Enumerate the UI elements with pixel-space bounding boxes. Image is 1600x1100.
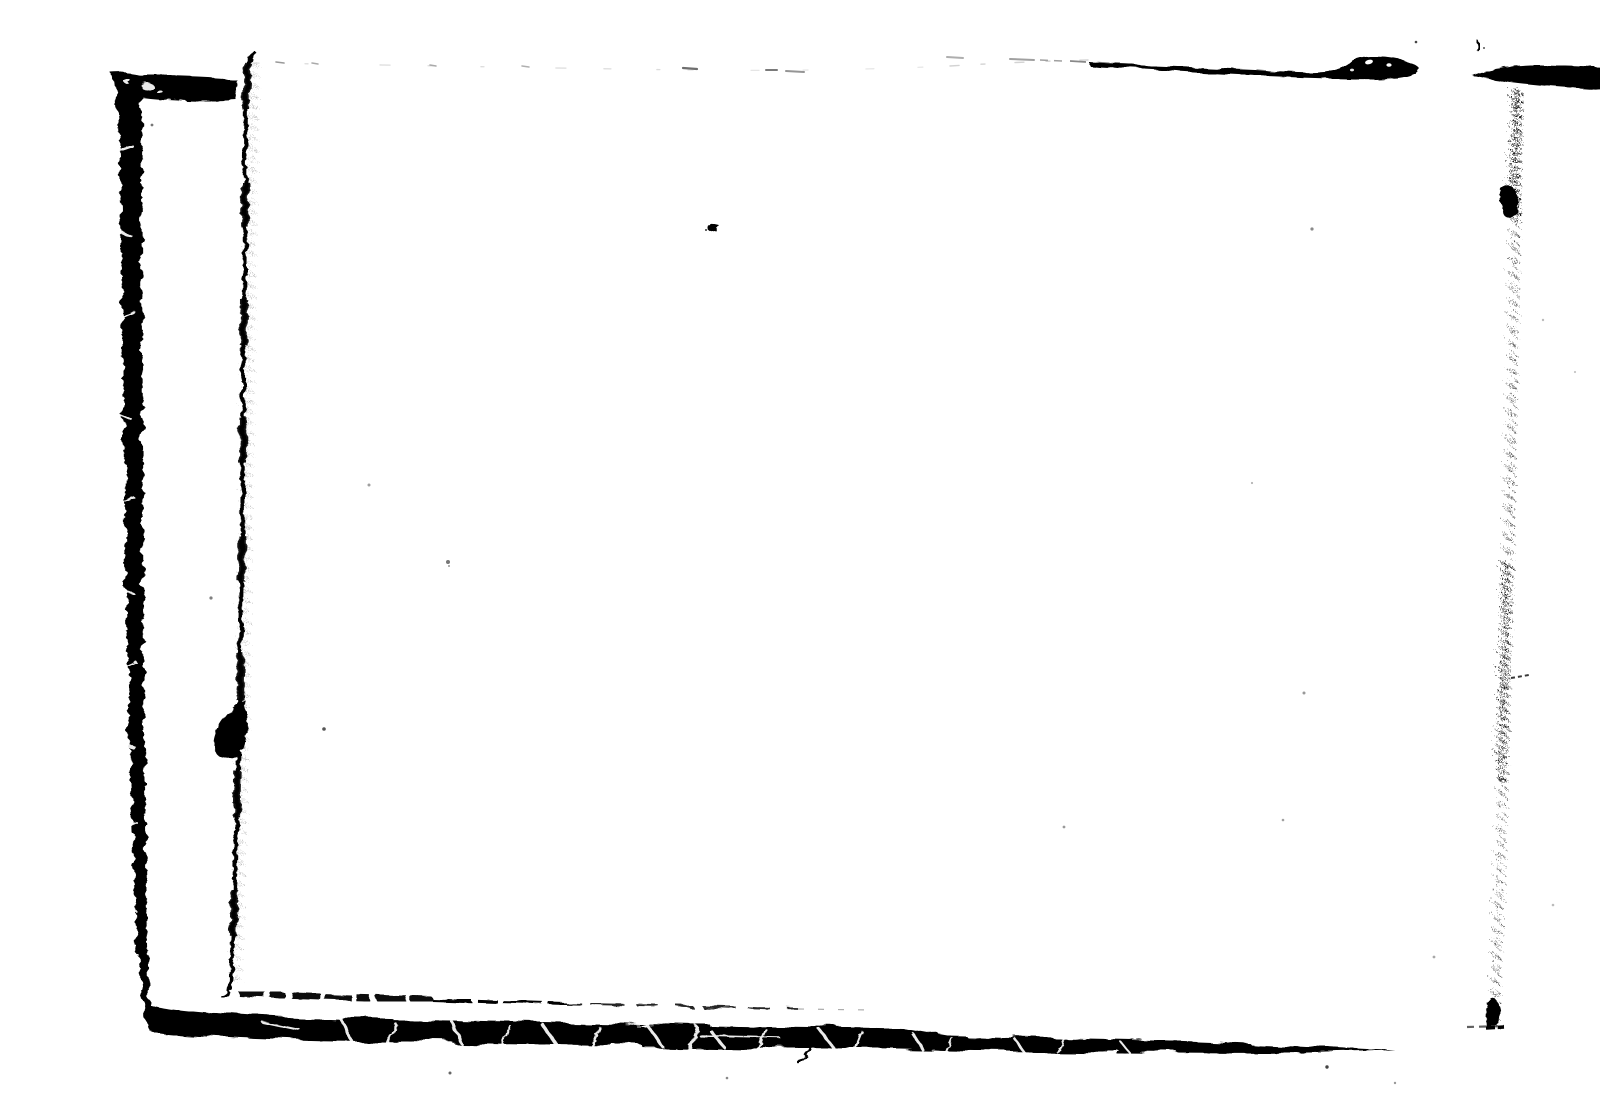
ink-speck [449, 1072, 452, 1075]
ink-specks [151, 124, 1397, 1085]
ghost-dash [1070, 61, 1086, 62]
inner-frame-top-ghost-line [252, 57, 1088, 72]
white-scratch [126, 956, 139, 962]
ink-speck [1325, 1065, 1328, 1068]
outer-frame-white-scratches [114, 79, 1130, 1053]
bottom-line-mid-segment [432, 1000, 566, 1004]
ghost-dash [1040, 60, 1062, 61]
bottom-line-thick-segment [239, 993, 432, 1000]
right-speckle-band [1433, 87, 1577, 1029]
bottom-bar-tail-hook [799, 1048, 810, 1063]
top-ghost-dash [947, 57, 963, 58]
outer-frame-left-and-bottom-bar [113, 75, 1396, 1054]
ink-speck [1394, 1082, 1396, 1084]
inner-frame-bottom-line [239, 993, 872, 1010]
top-ghost-dash [430, 65, 436, 66]
white-scratch [124, 906, 137, 912]
top-ghost-dash [276, 62, 284, 63]
ink-speck [1552, 904, 1555, 907]
ink-speck [1282, 819, 1285, 822]
ink-speck [726, 1077, 729, 1080]
ink-speck-large [708, 223, 719, 232]
ink-speck [1574, 371, 1576, 373]
white-nick [1350, 69, 1354, 72]
top-ghost-dash [786, 71, 804, 72]
ink-speck [209, 596, 212, 599]
ink-speck [1310, 227, 1313, 230]
apostrophe-mark [1477, 41, 1479, 51]
ink-speck [322, 727, 326, 731]
inner-frame-left-blob [213, 700, 246, 758]
white-scratch [157, 90, 163, 94]
ink-speck [446, 560, 450, 564]
ink-speck [1251, 482, 1253, 484]
band-blob-upper [1501, 185, 1519, 218]
band-side-dash [1511, 675, 1529, 678]
white-scratch [141, 82, 153, 90]
ink-speck [1483, 47, 1485, 49]
top-right-rules [1040, 41, 1600, 90]
band-dense-middle [1497, 560, 1503, 775]
ink-speck [705, 229, 707, 231]
top-ghost-dash [522, 66, 529, 67]
scan-artwork [0, 0, 1600, 1100]
ink-speck [1542, 319, 1544, 321]
ink-speck [368, 484, 371, 487]
bottom-line-thin-segment [566, 1004, 798, 1009]
ink-speck [1433, 956, 1436, 959]
top-ghost-dash [312, 63, 318, 64]
ink-speck [1063, 826, 1066, 829]
ink-speck [1415, 41, 1418, 44]
inner-frame-left-bottom-hook [222, 985, 231, 996]
ink-speck [448, 565, 450, 567]
top-right-rule-two [1472, 65, 1600, 90]
white-scratch [125, 79, 131, 85]
white-scratch [114, 480, 122, 515]
ink-speck [151, 124, 154, 127]
white-nick [1386, 63, 1391, 67]
scanned-page [0, 0, 1600, 1100]
band-sparse-upper [1503, 215, 1510, 560]
ink-speck [1303, 692, 1306, 695]
top-ghost-dash [1010, 59, 1034, 60]
top-ghost-segment [688, 66, 950, 70]
bottom-line-ghost-tail [798, 1009, 872, 1010]
top-ghost-segment [950, 60, 1088, 66]
top-right-rule-one [1090, 56, 1418, 79]
outer-frame [113, 75, 1396, 1063]
top-ghost-dash [683, 68, 697, 69]
inner-frame [213, 53, 1088, 1010]
